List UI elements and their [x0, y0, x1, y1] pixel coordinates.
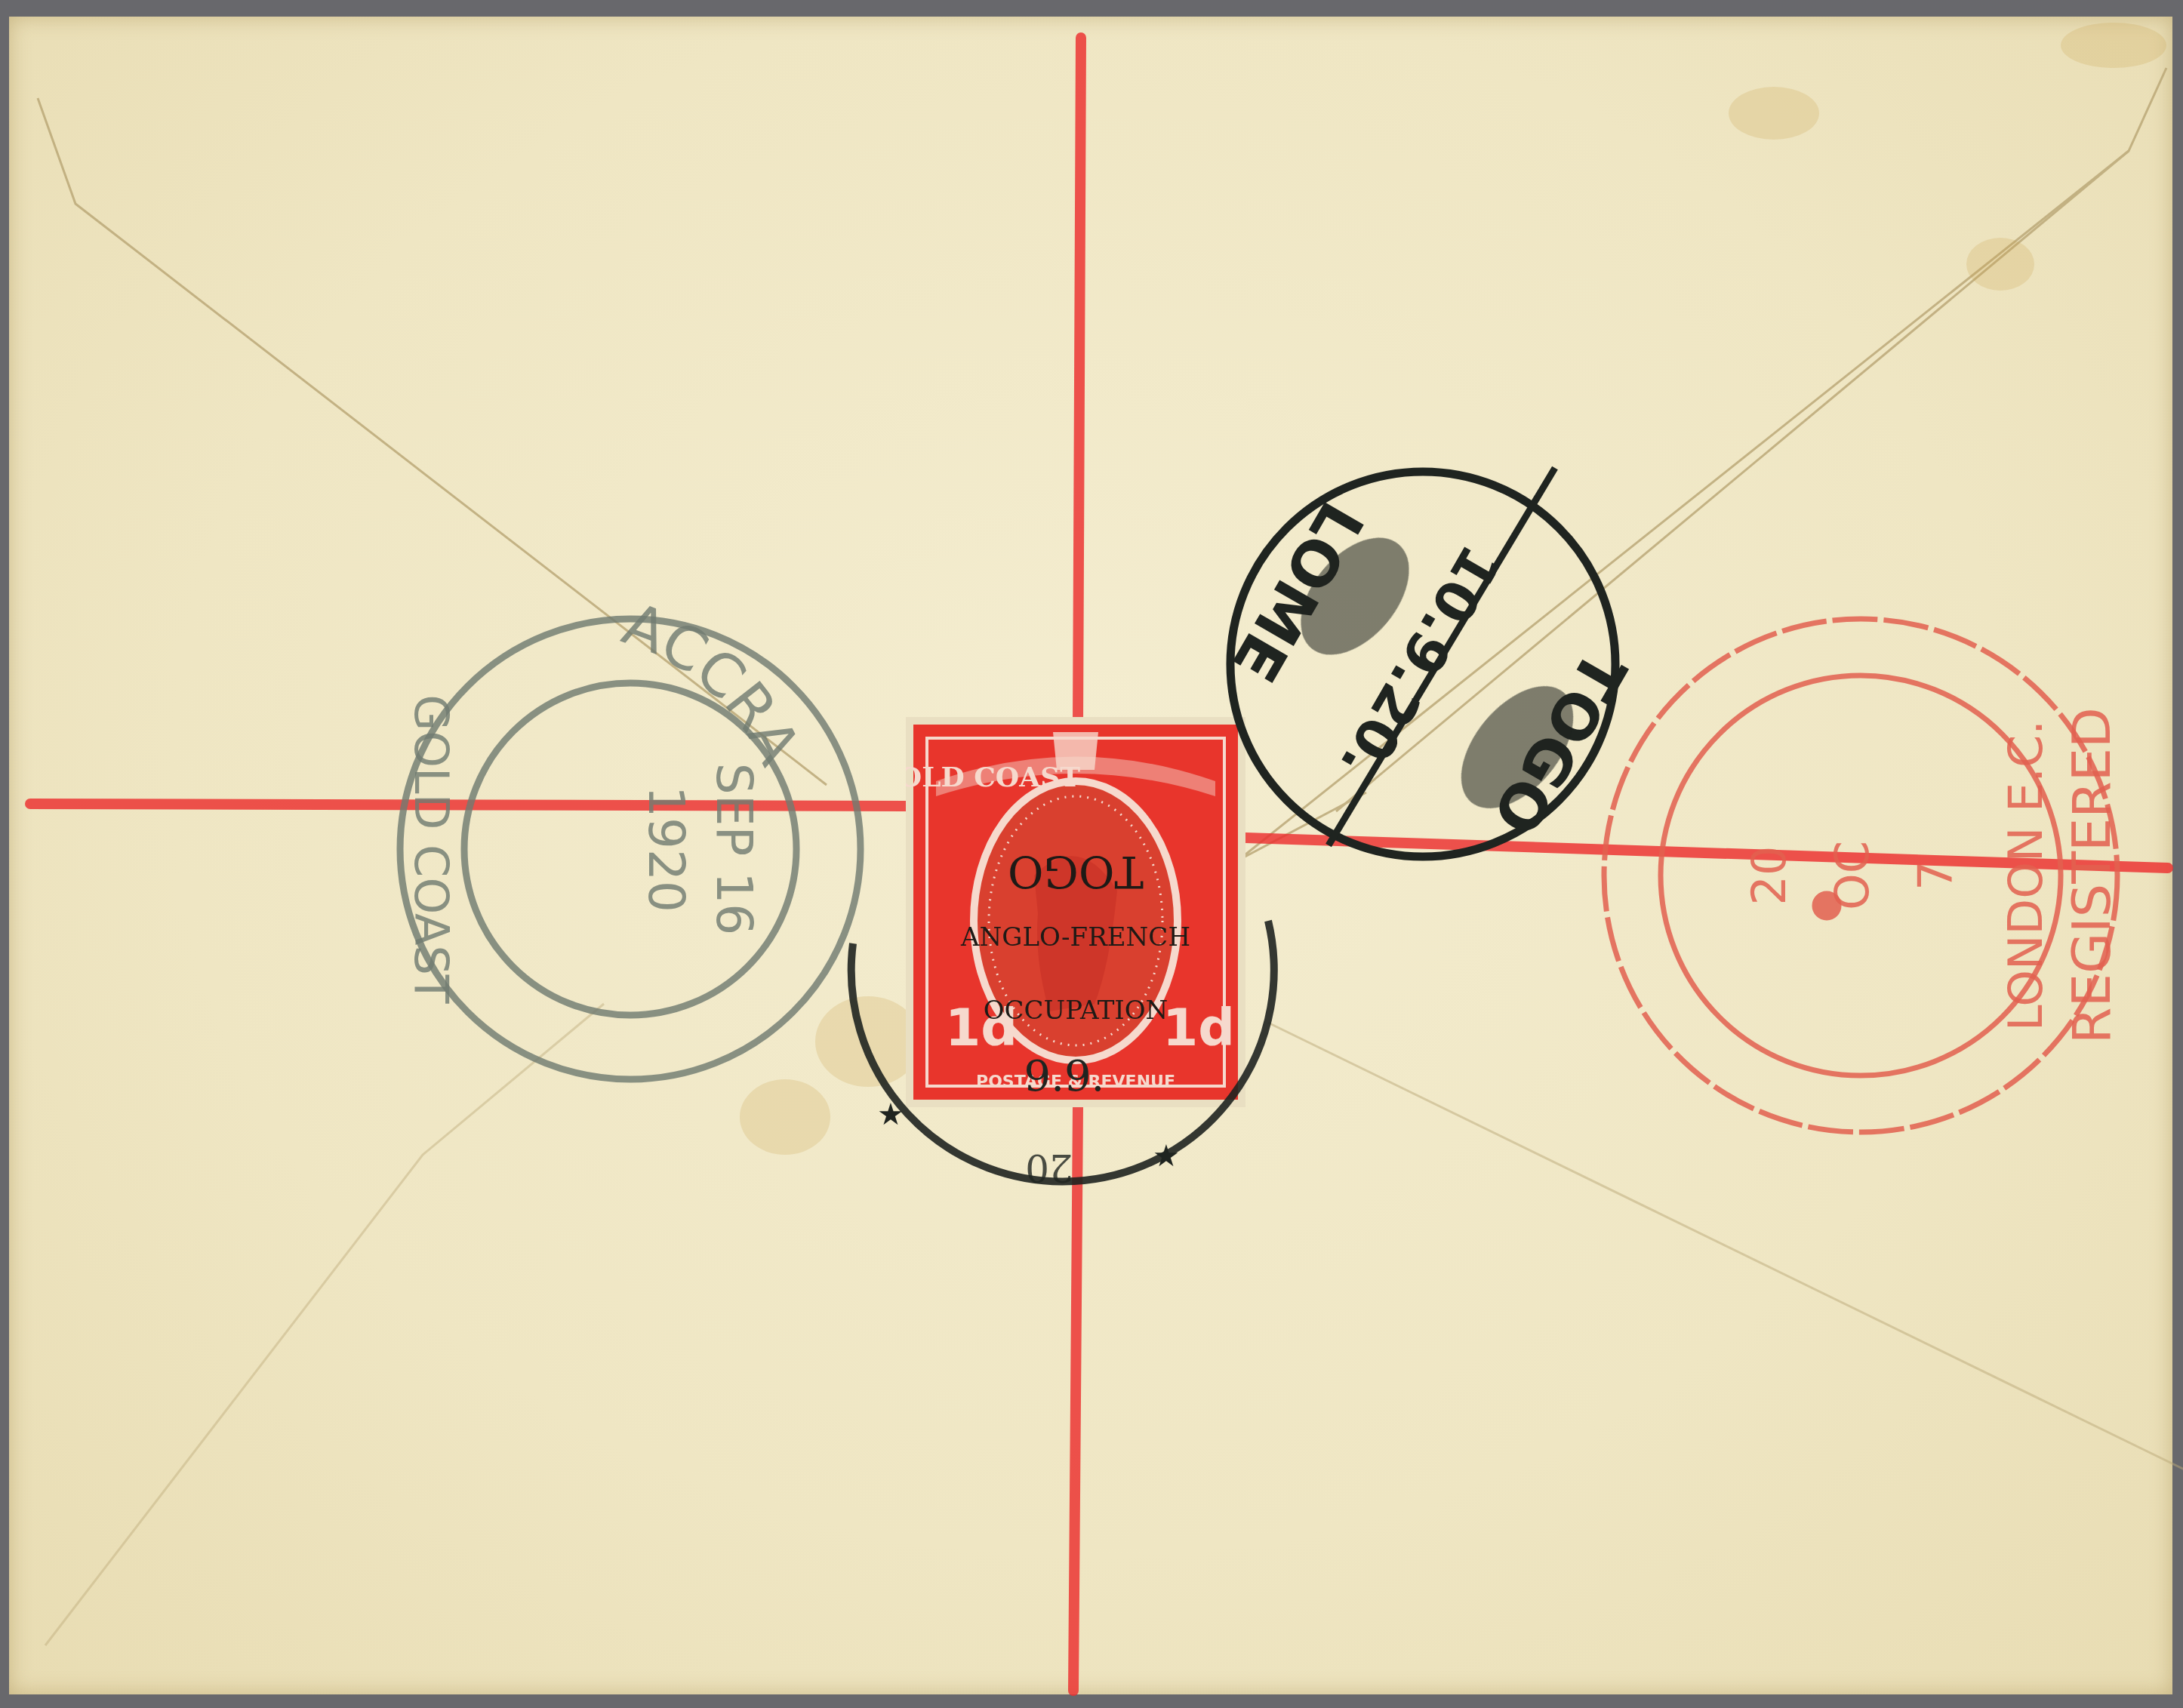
- lome-postmark: TOGO 10.9.20. LOME: [0, 0, 2183, 1708]
- envelope-photo: ACCRA SEP 16 1920 GOLD COAST REGISTERED …: [0, 0, 2183, 1708]
